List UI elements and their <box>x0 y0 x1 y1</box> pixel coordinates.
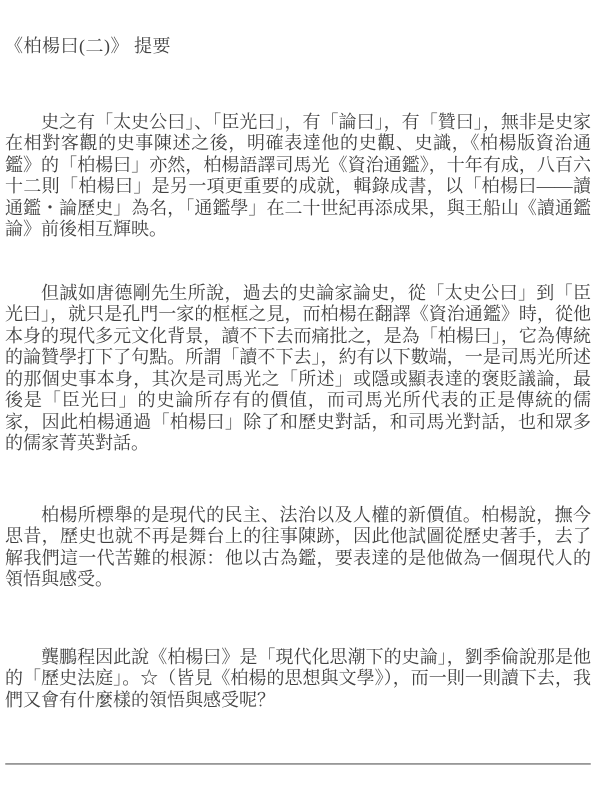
paragraph-3: 柏楊所標舉的是現代的民主、法治以及人權的新價值。柏楊說，撫今思昔，歷史也就不再是… <box>5 505 591 591</box>
document-title: 《柏楊曰(二)》 提要 <box>5 36 591 58</box>
paragraph-4: 龔鵬程因此說《柏楊曰》是「現代化思潮下的史論」，劉季倫說那是他的「歷史法庭」。☆… <box>5 647 591 712</box>
horizontal-divider <box>5 763 591 765</box>
document-page: 《柏楊曰(二)》 提要 史之有「太史公曰」、「臣光曰」，有「論曰」，有「贊曰」，… <box>0 0 597 800</box>
paragraph-2: 但誠如唐德剛先生所說，過去的史論家論史，從「太史公曰」到「臣光曰」，就只是孔門一… <box>5 283 591 455</box>
paragraph-1: 史之有「太史公曰」、「臣光曰」，有「論曰」，有「贊曰」，無非是史家在相對客觀的史… <box>5 112 591 241</box>
